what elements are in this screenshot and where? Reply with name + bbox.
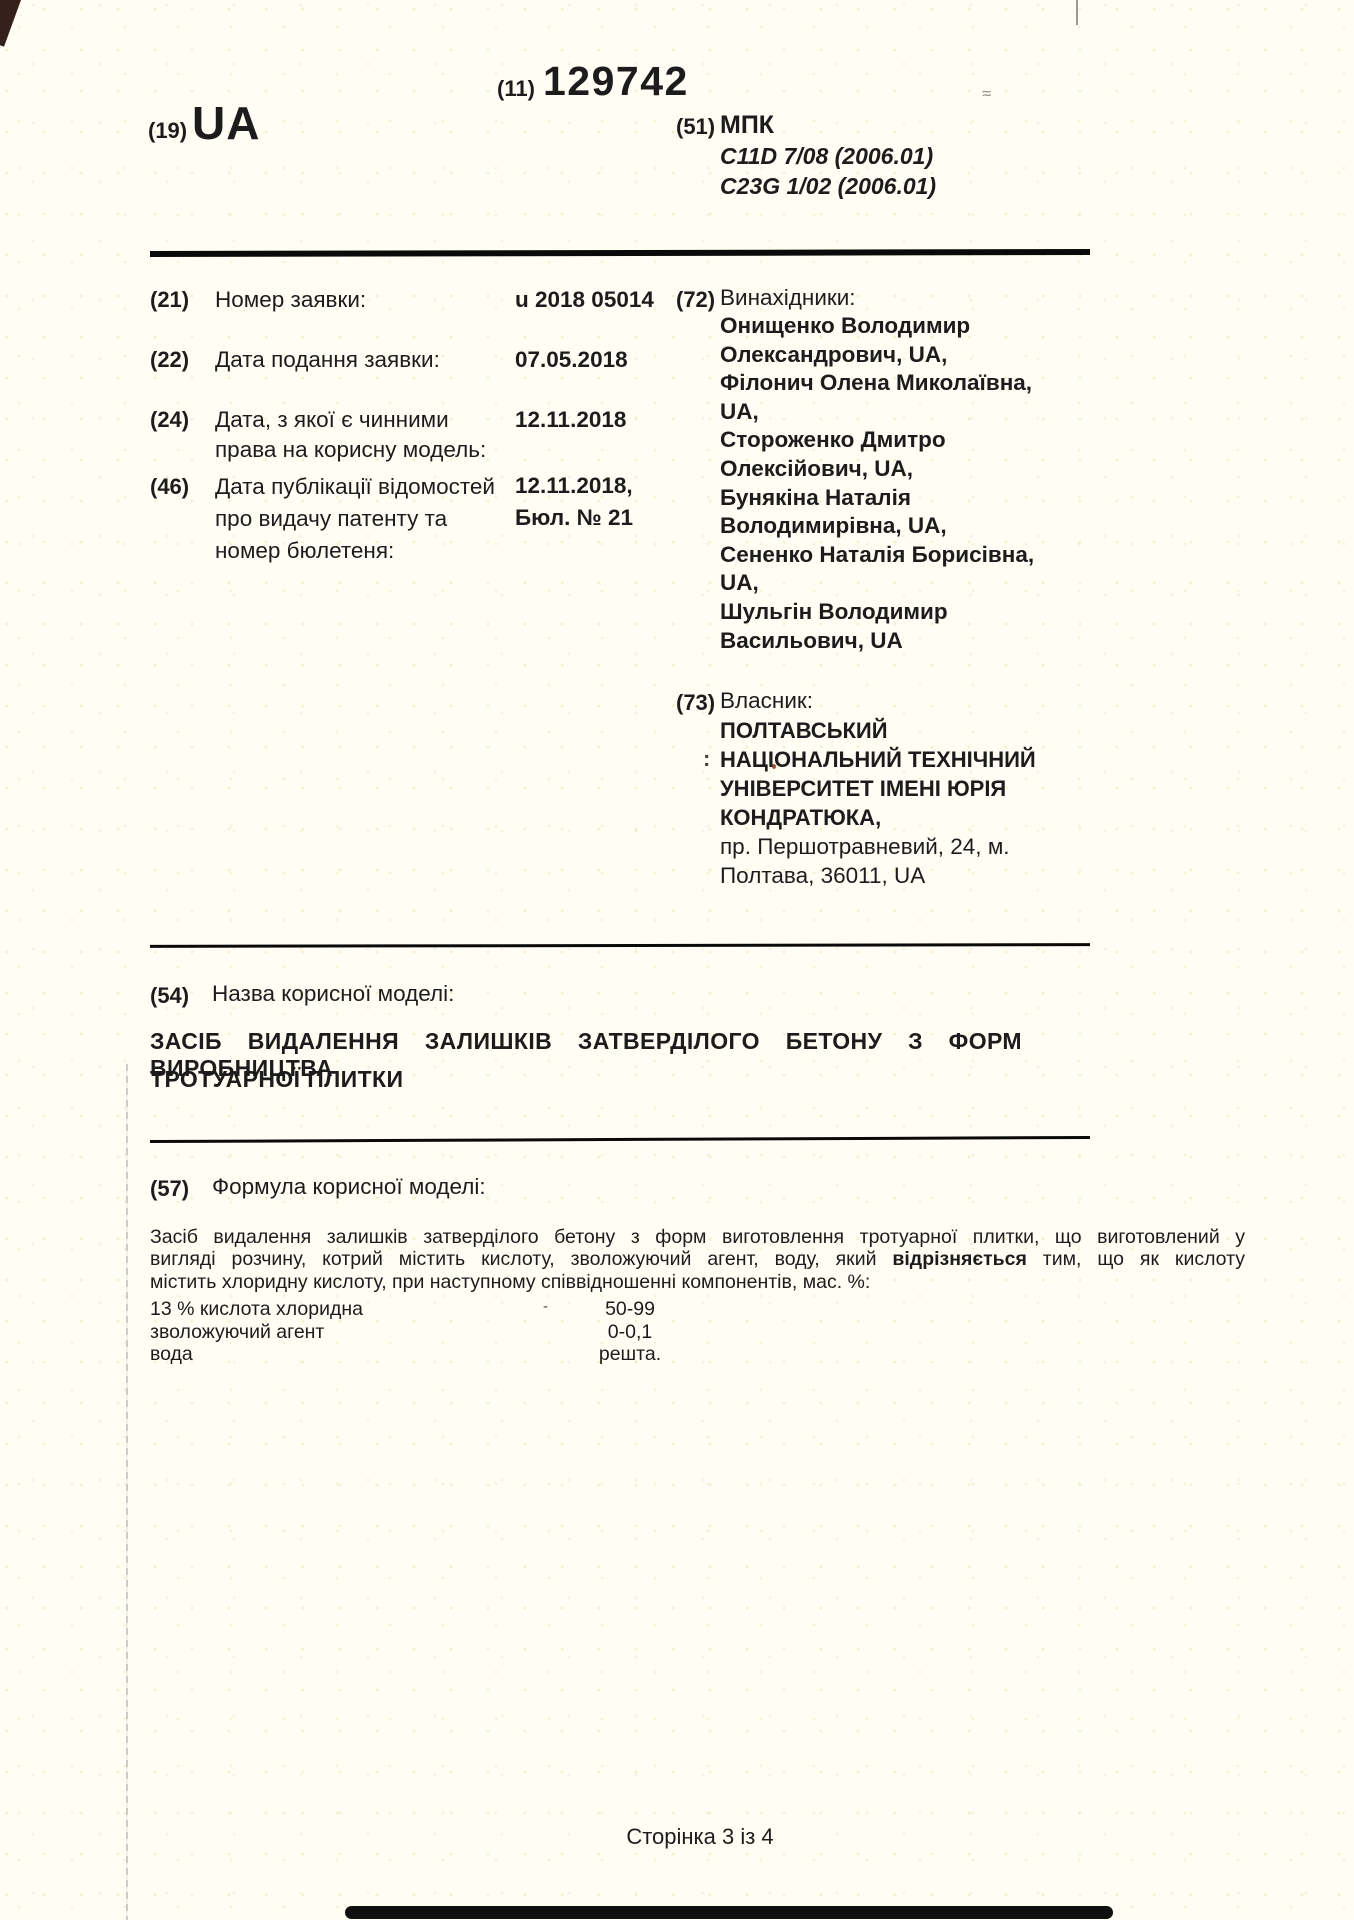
inventor-line: UA, bbox=[720, 398, 1034, 427]
inventor-line: Сененко Наталія Борисівна, bbox=[720, 541, 1034, 570]
bib-code-24: (24) bbox=[150, 407, 189, 433]
ipc-code-label: (51) bbox=[676, 114, 715, 140]
inventors-list: Онищенко Володимир Олександрович, UA, Фі… bbox=[720, 312, 1034, 655]
scan-artifact-left-fold-line bbox=[126, 1064, 128, 1920]
claims-line2-bold: відрізняється bbox=[892, 1248, 1027, 1270]
utility-model-title-line2: ТРОТУАРНОЇ ПЛИТКИ bbox=[150, 1066, 403, 1093]
claims-line1: Засіб видалення залишків затверділого бе… bbox=[150, 1226, 1245, 1248]
divider-rule-title bbox=[150, 943, 1090, 947]
divider-rule-claims bbox=[150, 1136, 1090, 1143]
inventors-label: Винахідники: bbox=[720, 285, 856, 311]
claims-line2-pre: вигляді розчину, котрий містить кислоту,… bbox=[150, 1248, 892, 1270]
bib-value-24: 12.11.2018 bbox=[515, 404, 626, 436]
component-value: 0-0,1 bbox=[555, 1321, 705, 1343]
country-code-label: (19) bbox=[148, 118, 187, 144]
scan-artifact-stray-colon: : bbox=[703, 746, 710, 772]
scan-artifact-corner-mark bbox=[0, 0, 23, 47]
component-row: вода решта. bbox=[150, 1343, 1245, 1365]
bib-label-line: про видачу патенту та bbox=[215, 503, 495, 535]
bib-value-21: u 2018 05014 bbox=[515, 284, 654, 316]
component-row: 13 % кислота хлоридна - 50-99 bbox=[150, 1298, 1245, 1320]
bib-label-line: Дата публікації відомостей bbox=[215, 471, 495, 503]
claims-line2-post: тим, що як кислоту bbox=[1027, 1248, 1245, 1270]
claims-paragraph: Засіб видалення залишків затверділого бе… bbox=[150, 1226, 1245, 1365]
component-value: 50-99 bbox=[555, 1298, 705, 1320]
inventor-line: Онищенко Володимир bbox=[720, 312, 1034, 341]
divider-rule-top bbox=[150, 249, 1090, 257]
claims-line2: вигляді розчину, котрий містить кислоту,… bbox=[150, 1248, 1245, 1270]
scan-artifact-squiggle: ≈ bbox=[981, 84, 992, 105]
owner-address: пр. Першотравневий, 24, м. Полтава, 3601… bbox=[720, 832, 1010, 890]
component-value: решта. bbox=[555, 1343, 705, 1365]
claims-code: (57) bbox=[150, 1176, 189, 1202]
owner-code: (73) bbox=[676, 690, 715, 716]
owner-name: ПОЛТАВСЬКИЙ НАЦІОНАЛЬНИЙ ТЕХНІЧНИЙ УНІВЕ… bbox=[720, 716, 1036, 832]
inventor-line: Стороженко Дмитро bbox=[720, 426, 1034, 455]
owner-name-line: НАЦІОНАЛЬНИЙ ТЕХНІЧНИЙ bbox=[720, 745, 1036, 774]
pub-number: 129742 bbox=[543, 58, 689, 105]
inventor-line: UA, bbox=[720, 569, 1034, 598]
bib-label-21: Номер заявки: bbox=[215, 285, 366, 315]
bib-label-24: Дата, з якої є чинними права на корисну … bbox=[215, 405, 486, 465]
country-code: UA bbox=[192, 96, 260, 150]
bib-value-line: Бюл. № 21 bbox=[515, 502, 633, 534]
title-code: (54) bbox=[150, 983, 189, 1009]
bib-code-46: (46) bbox=[150, 474, 189, 500]
owner-address-line: Полтава, 36011, UA bbox=[720, 861, 1010, 890]
bib-value-22: 07.05.2018 bbox=[515, 344, 628, 376]
bib-label-line: Номер заявки: bbox=[215, 285, 366, 315]
ipc-code-2: C23G 1/02 (2006.01) bbox=[720, 173, 936, 200]
owner-address-line: пр. Першотравневий, 24, м. bbox=[720, 832, 1010, 861]
bib-label-46: Дата публікації відомостей про видачу па… bbox=[215, 471, 495, 567]
bib-label-line: номер бюлетеня: bbox=[215, 535, 495, 567]
inventor-line: Філонич Олена Миколаївна, bbox=[720, 369, 1034, 398]
footer-page-number: Сторінка 3 із 4 bbox=[395, 1824, 1005, 1850]
component-row: зволожуючий агент 0-0,1 bbox=[150, 1321, 1245, 1343]
inventor-line: Бунякіна Наталія bbox=[720, 484, 1034, 513]
owner-name-line: ПОЛТАВСЬКИЙ bbox=[720, 716, 1036, 745]
bib-label-line: Дата подання заявки: bbox=[215, 345, 440, 375]
patent-document-page: ≈ : (11) 129742 (19) UA (51) МПК C11D 7/… bbox=[0, 0, 1354, 1920]
bib-label-line: права на корисну модель: bbox=[215, 435, 486, 465]
component-dash: - bbox=[543, 1296, 548, 1318]
owner-name-line: КОНДРАТЮКА, bbox=[720, 803, 1036, 832]
pub-number-code: (11) bbox=[497, 76, 535, 102]
ipc-title: МПК bbox=[720, 111, 774, 140]
inventor-line: Шульгін Володимир bbox=[720, 598, 1034, 627]
bib-label-22: Дата подання заявки: bbox=[215, 345, 440, 375]
component-name: 13 % кислота хлоридна bbox=[150, 1298, 363, 1320]
bib-value-line: 12.11.2018, bbox=[515, 470, 633, 502]
inventor-line: Олександрович, UA, bbox=[720, 341, 1034, 370]
component-name: зволожуючий агент bbox=[150, 1321, 324, 1343]
owner-name-line: УНІВЕРСИТЕТ ІМЕНІ ЮРІЯ bbox=[720, 774, 1036, 803]
scan-artifact-top-right-tick bbox=[1076, 0, 1078, 25]
bib-label-line: Дата, з якої є чинними bbox=[215, 405, 486, 435]
inventor-line: Васильович, UA bbox=[720, 627, 1034, 656]
ipc-code-1: C11D 7/08 (2006.01) bbox=[720, 143, 933, 170]
title-label: Назва корисної моделі: bbox=[212, 981, 454, 1007]
scan-artifact-bottom-bar bbox=[345, 1906, 1113, 1919]
bib-value-46: 12.11.2018, Бюл. № 21 bbox=[515, 470, 633, 534]
owner-label: Власник: bbox=[720, 688, 813, 714]
inventor-line: Володимирівна, UA, bbox=[720, 512, 1034, 541]
component-name: вода bbox=[150, 1343, 193, 1365]
inventors-code: (72) bbox=[676, 287, 715, 313]
bib-code-22: (22) bbox=[150, 347, 189, 373]
inventor-line: Олексійович, UA, bbox=[720, 455, 1034, 484]
bib-code-21: (21) bbox=[150, 287, 189, 313]
claims-label: Формула корисної моделі: bbox=[212, 1174, 486, 1200]
claims-line3: містить хлоридну кислоту, при наступному… bbox=[150, 1271, 1245, 1293]
